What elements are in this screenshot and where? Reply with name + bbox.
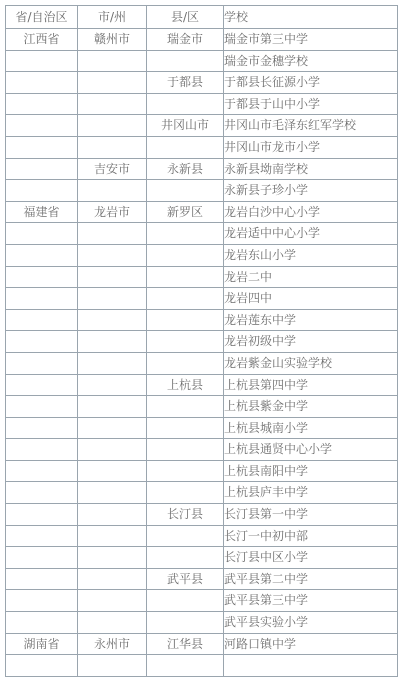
county-cell <box>147 180 224 202</box>
table-row: 上杭县庐丰中学 <box>6 482 398 504</box>
county-cell <box>147 590 224 612</box>
province-cell <box>6 482 78 504</box>
table-row: 上杭县上杭县第四中学 <box>6 374 398 396</box>
school-cell: 上杭县庐丰中学 <box>224 482 398 504</box>
county-cell <box>147 93 224 115</box>
province-cell <box>6 158 78 180</box>
table-row: 长汀一中初中部 <box>6 525 398 547</box>
city-cell: 龙岩市 <box>78 201 147 223</box>
province-cell <box>6 266 78 288</box>
school-cell: 龙岩东山小学 <box>224 244 398 266</box>
county-cell <box>147 417 224 439</box>
province-cell <box>6 547 78 569</box>
county-cell <box>147 331 224 353</box>
city-cell <box>78 460 147 482</box>
school-cell: 武平县第三中学 <box>224 590 398 612</box>
county-cell: 上杭县 <box>147 374 224 396</box>
table-row: 福建省龙岩市新罗区龙岩白沙中心小学 <box>6 201 398 223</box>
province-cell <box>6 504 78 526</box>
county-cell: 井冈山市 <box>147 115 224 137</box>
city-cell <box>78 180 147 202</box>
school-cell: 永新县子珍小学 <box>224 180 398 202</box>
school-cell: 上杭县南阳中学 <box>224 460 398 482</box>
school-cell: 于都县于山中小学 <box>224 93 398 115</box>
school-cell: 龙岩紫金山实验学校 <box>224 352 398 374</box>
school-cell: 龙岩莲东中学 <box>224 309 398 331</box>
school-cell: 上杭县城南小学 <box>224 417 398 439</box>
header-province: 省/自治区 <box>6 6 78 29</box>
city-cell <box>78 288 147 310</box>
province-cell <box>6 136 78 158</box>
city-cell <box>78 482 147 504</box>
table-row: 龙岩紫金山实验学校 <box>6 352 398 374</box>
table-row: 长汀县长汀县第一中学 <box>6 504 398 526</box>
county-cell <box>147 50 224 72</box>
province-cell <box>6 374 78 396</box>
province-cell <box>6 288 78 310</box>
school-table-container: 省/自治区 市/州 县/区 学校 江西省赣州市瑞金市瑞金市第三中学瑞金市金穗学校… <box>5 5 397 635</box>
city-cell <box>78 72 147 94</box>
city-cell <box>78 374 147 396</box>
city-cell <box>78 439 147 461</box>
city-cell <box>78 352 147 374</box>
table-row: 井冈山市井冈山市毛泽东红军学校 <box>6 115 398 137</box>
province-cell <box>6 439 78 461</box>
table-row: 上杭县南阳中学 <box>6 460 398 482</box>
province-cell <box>6 396 78 418</box>
city-cell <box>78 547 147 569</box>
county-cell <box>147 309 224 331</box>
table-row: 长汀县中区小学 <box>6 547 398 569</box>
city-cell <box>78 612 147 634</box>
county-cell <box>147 612 224 634</box>
county-cell <box>147 136 224 158</box>
county-cell <box>147 266 224 288</box>
table-row: 武平县武平县第二中学 <box>6 568 398 590</box>
school-cell: 上杭县通贤中心小学 <box>224 439 398 461</box>
province-cell <box>6 72 78 94</box>
school-cell: 武平县实验小学 <box>224 612 398 634</box>
county-cell <box>147 460 224 482</box>
city-cell <box>78 266 147 288</box>
city-cell <box>78 590 147 612</box>
school-cell: 长汀一中初中部 <box>224 525 398 547</box>
city-cell <box>78 244 147 266</box>
table-row: 龙岩适中中心小学 <box>6 223 398 245</box>
school-cell: 长汀县第一中学 <box>224 504 398 526</box>
province-cell <box>6 223 78 245</box>
province-cell <box>6 590 78 612</box>
city-cell <box>78 568 147 590</box>
school-cell: 井冈山市龙市小学 <box>224 136 398 158</box>
school-cell: 上杭县紫金中学 <box>224 396 398 418</box>
city-cell <box>78 50 147 72</box>
table-row: 上杭县通贤中心小学 <box>6 439 398 461</box>
county-cell <box>147 244 224 266</box>
header-county: 县/区 <box>147 6 224 29</box>
province-cell <box>6 612 78 634</box>
city-cell <box>78 136 147 158</box>
city-cell: 吉安市 <box>78 158 147 180</box>
table-row: 上杭县紫金中学 <box>6 396 398 418</box>
city-cell <box>78 223 147 245</box>
school-cell: 龙岩四中 <box>224 288 398 310</box>
school-cell: 龙岩白沙中心小学 <box>224 201 398 223</box>
county-cell: 永新县 <box>147 158 224 180</box>
province-cell <box>6 525 78 547</box>
province-cell <box>6 331 78 353</box>
table-row: 井冈山市龙市小学 <box>6 136 398 158</box>
county-cell <box>147 352 224 374</box>
county-cell: 新罗区 <box>147 201 224 223</box>
school-cell: 龙岩初级中学 <box>224 331 398 353</box>
province-cell <box>6 115 78 137</box>
city-cell <box>78 525 147 547</box>
table-row: 江西省赣州市瑞金市瑞金市第三中学 <box>6 29 398 51</box>
table-row: 于都县于山中小学 <box>6 93 398 115</box>
table-body: 江西省赣州市瑞金市瑞金市第三中学瑞金市金穗学校于都县于都县长征源小学于都县于山中… <box>6 29 398 636</box>
table-row: 龙岩莲东中学 <box>6 309 398 331</box>
county-cell <box>147 396 224 418</box>
header-school: 学校 <box>224 6 398 29</box>
school-cell: 龙岩适中中心小学 <box>224 223 398 245</box>
school-table: 省/自治区 市/州 县/区 学校 江西省赣州市瑞金市瑞金市第三中学瑞金市金穗学校… <box>5 5 398 635</box>
table-row: 武平县实验小学 <box>6 612 398 634</box>
province-cell <box>6 309 78 331</box>
province-cell <box>6 180 78 202</box>
city-cell: 赣州市 <box>78 29 147 51</box>
city-cell <box>78 309 147 331</box>
header-row: 省/自治区 市/州 县/区 学校 <box>6 6 398 29</box>
county-cell <box>147 525 224 547</box>
table-row: 武平县第三中学 <box>6 590 398 612</box>
province-cell <box>6 417 78 439</box>
school-cell: 瑞金市金穗学校 <box>224 50 398 72</box>
province-cell: 江西省 <box>6 29 78 51</box>
province-cell <box>6 244 78 266</box>
county-cell <box>147 223 224 245</box>
province-cell <box>6 568 78 590</box>
school-cell: 永新县坳南学校 <box>224 158 398 180</box>
table-row: 龙岩四中 <box>6 288 398 310</box>
county-cell: 长汀县 <box>147 504 224 526</box>
province-cell <box>6 93 78 115</box>
table-row: 上杭县城南小学 <box>6 417 398 439</box>
table-row: 龙岩初级中学 <box>6 331 398 353</box>
county-cell: 瑞金市 <box>147 29 224 51</box>
table-row: 于都县于都县长征源小学 <box>6 72 398 94</box>
province-cell <box>6 352 78 374</box>
school-cell: 武平县第二中学 <box>224 568 398 590</box>
county-cell <box>147 288 224 310</box>
school-cell: 于都县长征源小学 <box>224 72 398 94</box>
table-row: 龙岩二中 <box>6 266 398 288</box>
province-cell <box>6 50 78 72</box>
school-cell: 井冈山市毛泽东红军学校 <box>224 115 398 137</box>
county-cell <box>147 439 224 461</box>
city-cell <box>78 115 147 137</box>
table-row: 吉安市永新县永新县坳南学校 <box>6 158 398 180</box>
school-cell: 龙岩二中 <box>224 266 398 288</box>
table-row: 瑞金市金穗学校 <box>6 50 398 72</box>
city-cell <box>78 417 147 439</box>
county-cell: 武平县 <box>147 568 224 590</box>
province-cell: 福建省 <box>6 201 78 223</box>
header-city: 市/州 <box>78 6 147 29</box>
table-row: 龙岩东山小学 <box>6 244 398 266</box>
county-cell <box>147 547 224 569</box>
school-cell: 上杭县第四中学 <box>224 374 398 396</box>
city-cell <box>78 396 147 418</box>
county-cell <box>147 482 224 504</box>
city-cell <box>78 93 147 115</box>
table-row: 永新县子珍小学 <box>6 180 398 202</box>
school-cell: 瑞金市第三中学 <box>224 29 398 51</box>
county-cell: 于都县 <box>147 72 224 94</box>
city-cell <box>78 504 147 526</box>
province-cell <box>6 460 78 482</box>
school-cell: 长汀县中区小学 <box>224 547 398 569</box>
city-cell <box>78 331 147 353</box>
